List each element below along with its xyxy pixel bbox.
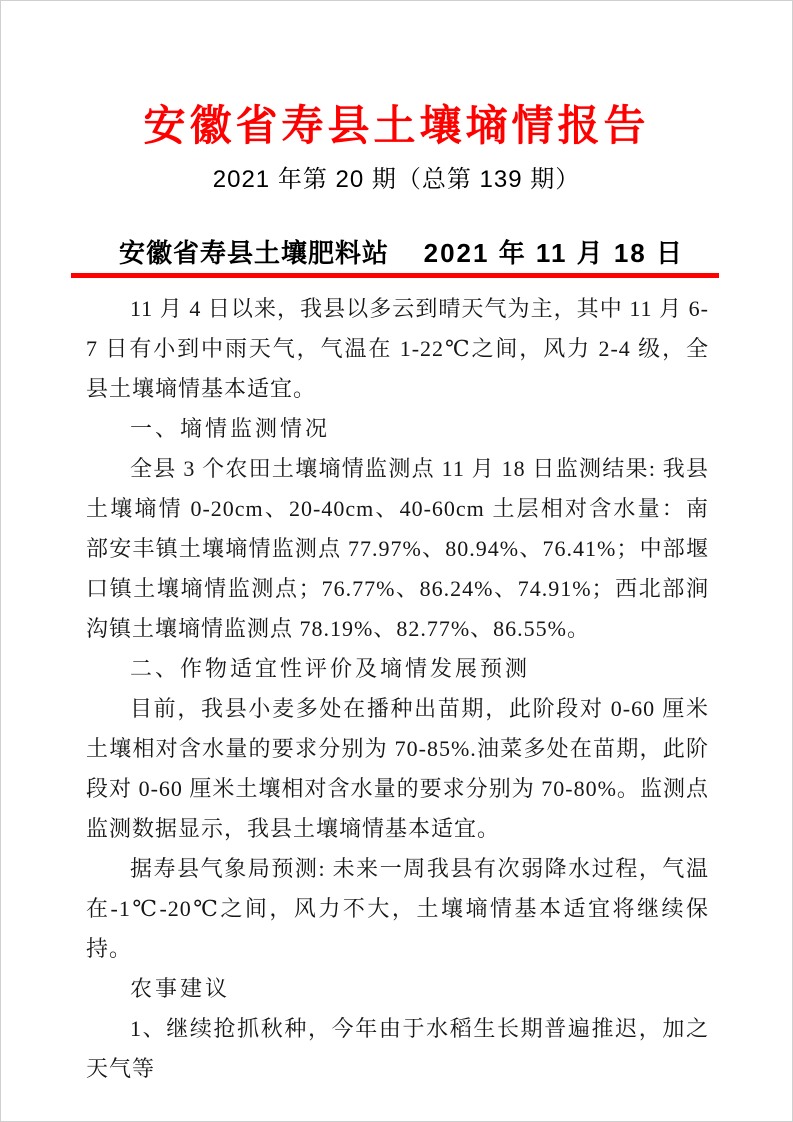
- section-heading-crop-evaluation: 二、作物适宜性评价及墒情发展预测: [86, 649, 709, 689]
- issuing-agency: 安徽省寿县土壤肥料站: [119, 237, 389, 269]
- section-heading-monitoring: 一、墒情监测情况: [86, 409, 709, 449]
- paragraph-advice-item-1: 1、继续抢抓秋种，今年由于水稻生长期普遍推迟，加之天气等: [86, 1009, 709, 1089]
- issue-number-line: 2021 年第 20 期（总第 139 期）: [1, 165, 792, 195]
- header-divider-rule: [71, 273, 719, 278]
- paragraph-weather-overview: 11 月 4 日以来，我县以多云到晴天气为主，其中 11 月 6-7 日有小到中…: [86, 289, 709, 409]
- document-body: 11 月 4 日以来，我县以多云到晴天气为主，其中 11 月 6-7 日有小到中…: [86, 289, 709, 1089]
- document-title: 安徽省寿县土壤墒情报告: [1, 103, 792, 149]
- issue-date: 2021 年 11 月 18 日: [424, 237, 684, 269]
- paragraph-crop-moisture-requirements: 目前，我县小麦多处在播种出苗期，此阶段对 0-60 厘米土壤相对含水量的要求分别…: [86, 689, 709, 849]
- document-page: 安徽省寿县土壤墒情报告 2021 年第 20 期（总第 139 期） 安徽省寿县…: [0, 0, 793, 1122]
- document-header: 安徽省寿县土壤肥料站 2021 年 11 月 18 日: [86, 237, 709, 269]
- section-heading-farming-advice: 农事建议: [86, 969, 709, 1009]
- paragraph-monitoring-results: 全县 3 个农田土壤墒情监测点 11 月 18 日监测结果: 我县土壤墒情 0-…: [86, 449, 709, 649]
- paragraph-weather-forecast: 据寿县气象局预测: 未来一周我县有次弱降水过程，气温在-1℃-20℃之间，风力不…: [86, 849, 709, 969]
